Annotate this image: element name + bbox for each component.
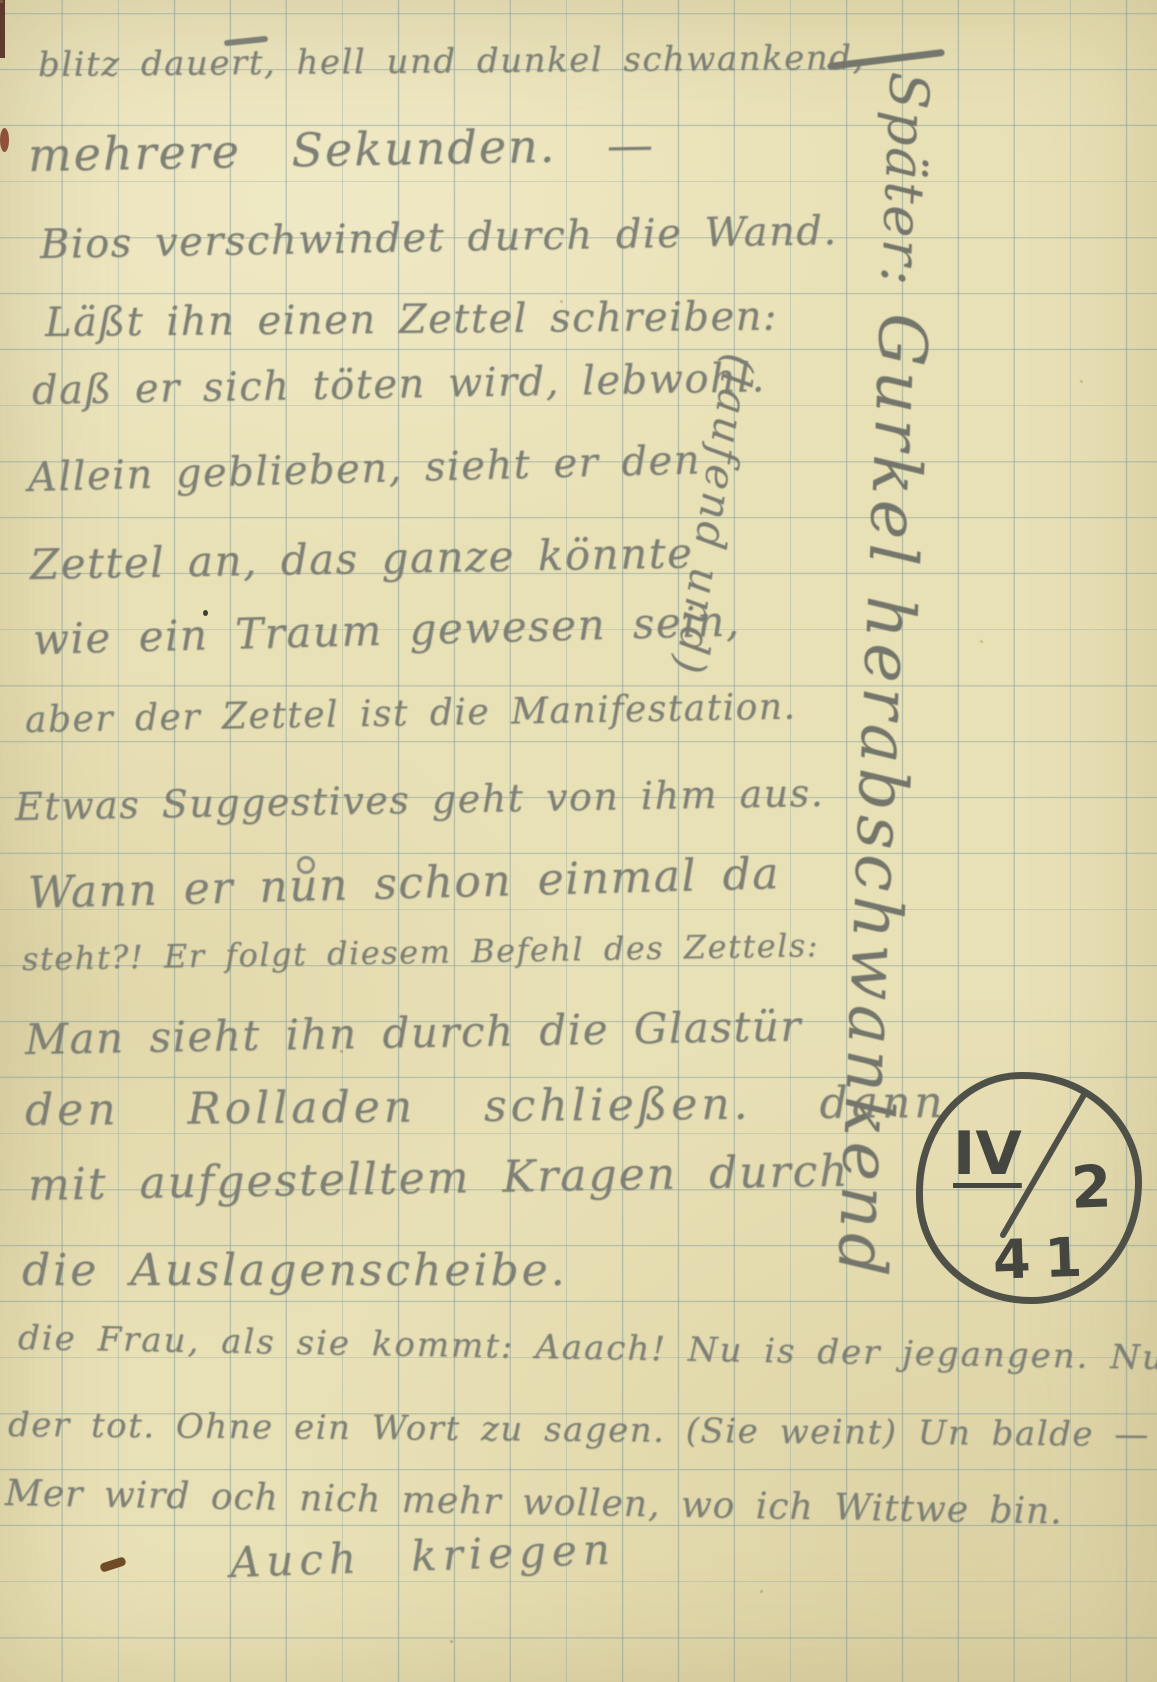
stamp-roman-numeral: IV [953, 1119, 1022, 1189]
stamp-part-number: 2 [1070, 1152, 1113, 1221]
archive-stamp-circle: IV 2 41 [916, 1072, 1142, 1304]
stamp-folio-number: 41 [992, 1225, 1097, 1292]
handwritten-line: die Auslagenscheibe. [22, 1245, 568, 1296]
handwritten-line: mehrere Sekunden. — [28, 117, 656, 182]
page-edge-artifact [0, 0, 5, 58]
notebook-page: blitz dauert, hell und dunkel schwankend… [0, 0, 1157, 1682]
handwritten-line: den Rolladen schließen. dann [25, 1077, 947, 1136]
handwritten-line: blitz dauert, hell und dunkel schwankend… [38, 38, 865, 85]
margin-note-label: Später: [869, 71, 941, 289]
paper-speckles [0, 0, 3, 3]
page-edge-fleck [0, 128, 9, 152]
handwritten-line: Läßt ihn einen Zettel schreiben: [45, 294, 778, 346]
